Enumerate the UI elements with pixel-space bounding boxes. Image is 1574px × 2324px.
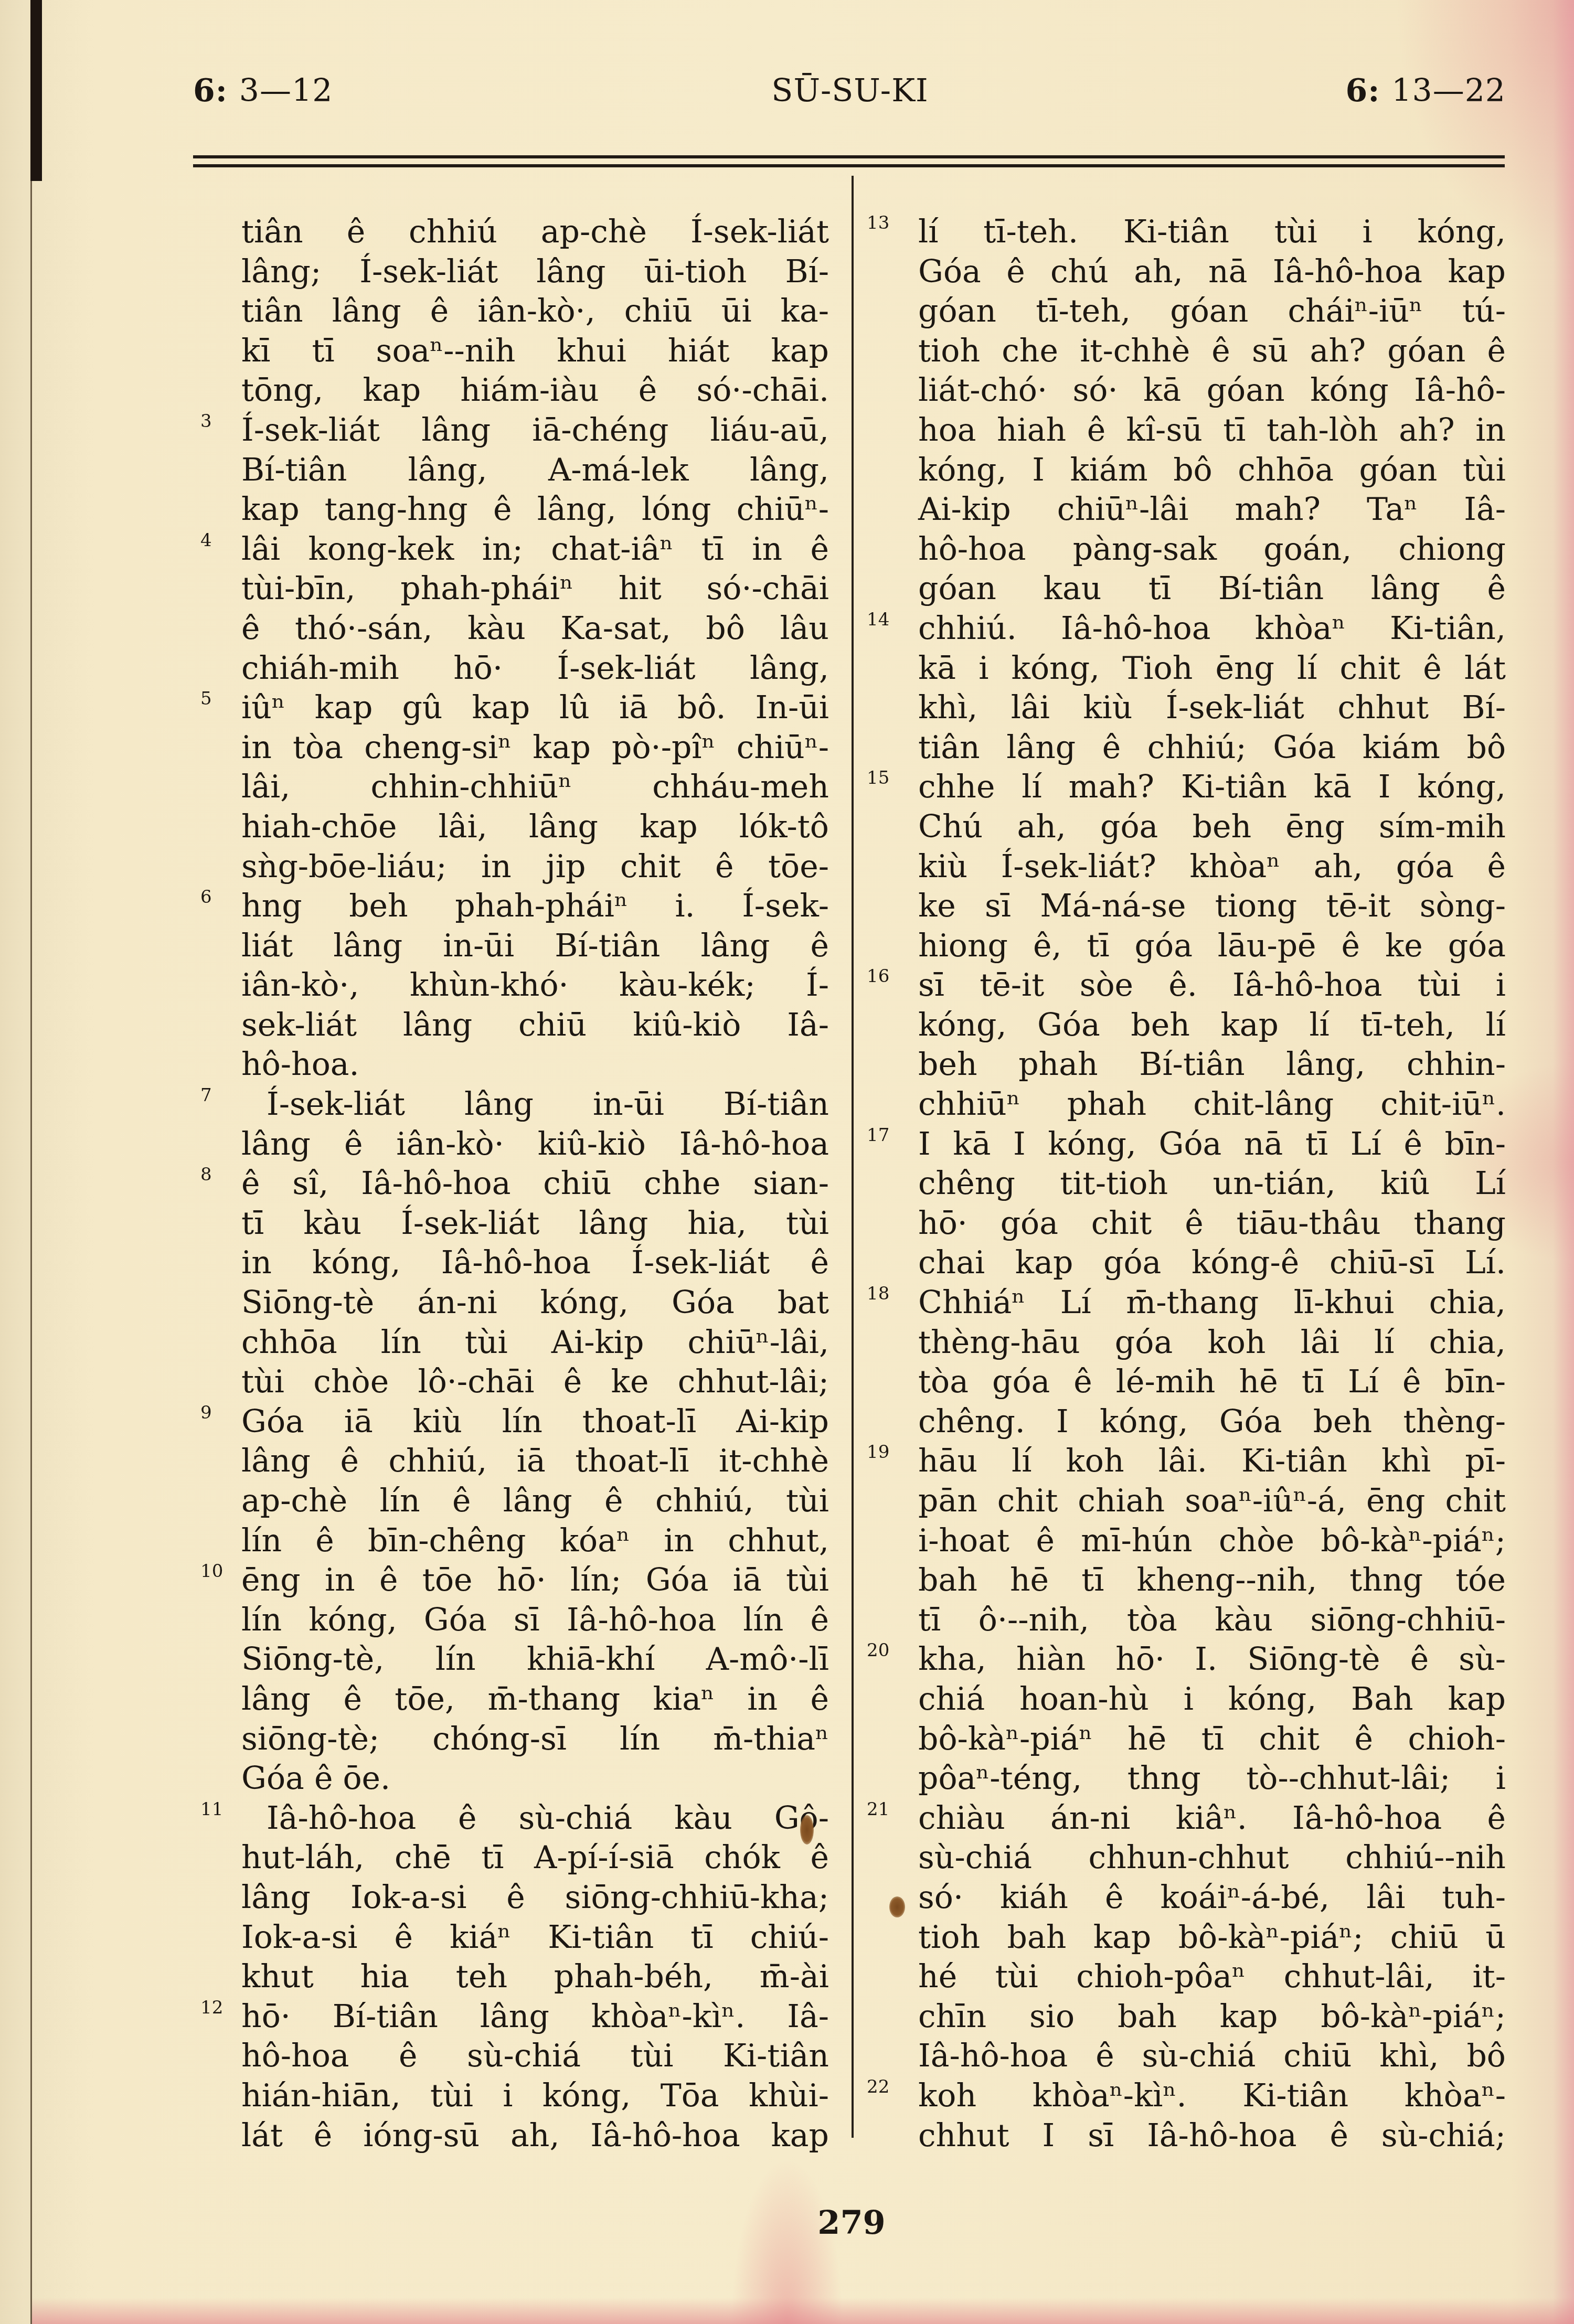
text-line: sù-chiá chhun-chhut chhiú--nih <box>918 1838 1506 1878</box>
line-text: Iâ-hô-hoa ê sù-chiá chiū khì, bô <box>918 2037 1506 2076</box>
line-text: sek-liát lâng chiū kiû-kiò Iâ- <box>241 1006 829 1046</box>
text-line: hô-hoa pàng-sak goán, chiong <box>918 530 1506 570</box>
line-text: hé tùi chioh-pôaⁿ chhut-lâi, it- <box>918 1957 1506 1997</box>
text-line: Siōng-tè án-ni kóng, Góa bat <box>241 1283 829 1323</box>
text-line: tùi chòe lô·-chāi ê ke chhut-lâi; <box>241 1362 829 1402</box>
text-line: bah hē tī kheng--nih, thng tóe <box>918 1561 1506 1601</box>
column-divider <box>852 176 854 2138</box>
text-line: 15chhe lí mah? Ki-tiân kā I kóng, <box>918 767 1506 807</box>
line-text: kā i kóng, Tioh ēng lí chit ê lát <box>918 649 1506 689</box>
line-text: Í-sek-liát lâng iā-chéng liáu-aū, <box>241 411 829 451</box>
text-line: lín ê bīn-chêng kóaⁿ in chhut, <box>241 1521 829 1561</box>
text-line: beh phah Bí-tiân lâng, chhin- <box>918 1045 1506 1085</box>
line-text: lâng Iok-a-si ê siōng-chhiū-kha; <box>241 1878 829 1918</box>
text-line: siōng-tè; chóng-sī lín m̄-thiaⁿ <box>241 1720 829 1760</box>
line-text: Bí-tiân lâng, A-má-lek lâng, <box>241 451 829 491</box>
line-text: chêng. I kóng, Góa beh thèng- <box>918 1402 1506 1442</box>
line-text: lâng ê tōe, m̄-thang kiaⁿ in ê <box>241 1680 829 1720</box>
verse-number: 14 <box>867 604 889 635</box>
text-line: hé tùi chioh-pôaⁿ chhut-lâi, it- <box>918 1957 1506 1997</box>
text-line: chhōa lín tùi Ai-kip chiūⁿ-lâi, <box>241 1323 829 1363</box>
paper-stain <box>889 1896 905 1917</box>
line-text: tioh che it-chhè ê sū ah? góan ê <box>918 332 1506 371</box>
right-column: 13lí tī-teh. Ki-tiân tùi i kóng,Góa ê ch… <box>918 212 1506 2156</box>
verse-number: 5 <box>200 683 212 715</box>
text-line: 14chhiú. Iâ-hô-hoa khòaⁿ Ki-tiân, <box>918 609 1506 649</box>
text-line: khì, lâi kiù Í-sek-liát chhut Bí- <box>918 688 1506 728</box>
text-line: pān chit chiah soaⁿ-iûⁿ-á, ēng chit <box>918 1481 1506 1521</box>
text-line: 22koh khòaⁿ-kìⁿ. Ki-tiân khòaⁿ- <box>918 2076 1506 2116</box>
text-line: in tòa cheng-siⁿ kap pò·-pîⁿ chiūⁿ- <box>241 728 829 768</box>
text-line: ke sī Má-ná-se tiong tē-it sòng- <box>918 887 1506 926</box>
line-text: lâng ê iân-kò· kiû-kiò Iâ-hô-hoa <box>241 1125 829 1165</box>
line-text: hāu lí koh lâi. Ki-tiân khì pī- <box>918 1442 1506 1481</box>
running-head-right-range: 13—22 <box>1391 72 1506 109</box>
text-line: 11Iâ-hô-hoa ê sù-chiá kàu Gô- <box>241 1799 829 1839</box>
line-text: tùi-bīn, phah-pháiⁿ hit só·-chāi <box>241 569 829 609</box>
line-text: tioh bah kap bô-kàⁿ-piáⁿ; chiū ū <box>918 1918 1506 1958</box>
line-text: góan tī-teh, góan cháiⁿ-iūⁿ tú- <box>918 292 1506 332</box>
text-line: Bí-tiân lâng, A-má-lek lâng, <box>241 451 829 491</box>
line-text: hiah-chōe lâi, lâng kap lók-tô <box>241 807 829 847</box>
text-line: chhiūⁿ phah chit-lâng chit-iūⁿ. <box>918 1085 1506 1125</box>
line-text: kóng, I kiám bô chhōa góan tùi <box>918 451 1506 491</box>
verse-number: 3 <box>200 406 212 437</box>
line-text: kha, hiàn hō· I. Siōng-tè ê sù- <box>918 1640 1506 1680</box>
text-line: lâng ê chhiú, iā thoat-lī it-chhè <box>241 1442 829 1481</box>
text-line: 10ēng in ê tōe hō· lín; Góa iā tùi <box>241 1561 829 1601</box>
line-text: pān chit chiah soaⁿ-iûⁿ-á, ēng chit <box>918 1481 1506 1521</box>
line-text: I kā I kóng, Góa nā tī Lí ê bīn- <box>918 1125 1506 1165</box>
text-line: 20kha, hiàn hō· I. Siōng-tè ê sù- <box>918 1640 1506 1680</box>
verse-number: 21 <box>867 1794 889 1825</box>
text-line: 7Í-sek-liát lâng in-ūi Bí-tiân <box>241 1085 829 1125</box>
line-text: kóng, Góa beh kap lí tī-teh, lí <box>918 1006 1506 1046</box>
line-text: hô-hoa. <box>241 1045 829 1085</box>
line-text: lín ê bīn-chêng kóaⁿ in chhut, <box>241 1521 829 1561</box>
line-text: Góa ê ōe. <box>241 1759 829 1799</box>
line-text: Chú ah, góa beh ēng sím-mih <box>918 807 1506 847</box>
line-text: Góa ê chú ah, nā Iâ-hô-hoa kap <box>918 252 1506 292</box>
text-line: tiân ê chhiú ap-chè Í-sek-liát <box>241 212 829 252</box>
text-line: kiù Í-sek-liát? khòaⁿ ah, góa ê <box>918 847 1506 887</box>
verse-number: 17 <box>867 1120 889 1151</box>
line-text: lâi kong-kek in; chat-iâⁿ tī in ê <box>241 530 829 570</box>
text-line: 18Chhiáⁿ Lí m̄-thang lī-khui chia, <box>918 1283 1506 1323</box>
text-line: Góa ê chú ah, nā Iâ-hô-hoa kap <box>918 252 1506 292</box>
verse-number: 6 <box>200 881 212 913</box>
verse-number: 15 <box>867 762 889 794</box>
text-line: tioh che it-chhè ê sū ah? góan ê <box>918 332 1506 371</box>
line-text: iûⁿ kap gû kap lû iā bô. In-ūi <box>241 688 829 728</box>
line-text: Iâ-hô-hoa ê sù-chiá kàu Gô- <box>267 1799 829 1839</box>
line-text: tòa góa ê lé-mih hē tī Lí ê bīn- <box>918 1362 1506 1402</box>
line-text: chhōa lín tùi Ai-kip chiūⁿ-lâi, <box>241 1323 829 1363</box>
line-text: góan kau tī Bí-tiân lâng ê <box>918 569 1506 609</box>
verse-number: 18 <box>867 1278 889 1309</box>
text-line: hô-hoa ê sù-chiá tùi Ki-tiân <box>241 2037 829 2076</box>
text-line: tiân lâng ê chhiú; Góa kiám bô <box>918 728 1506 768</box>
text-line: 19hāu lí koh lâi. Ki-tiân khì pī- <box>918 1442 1506 1481</box>
text-line: chiá hoan-hù i kóng, Bah kap <box>918 1680 1506 1720</box>
text-line: tòa góa ê lé-mih hē tī Lí ê bīn- <box>918 1362 1506 1402</box>
text-line: hut-láh, chē tī A-pí-í-siā chók ê <box>241 1838 829 1878</box>
text-line: chīn sio bah kap bô-kàⁿ-piáⁿ; <box>918 1997 1506 2037</box>
line-text: ê thó·-sán, kàu Ka-sat, bô lâu <box>241 609 829 649</box>
text-line: góan kau tī Bí-tiân lâng ê <box>918 569 1506 609</box>
verse-number: 7 <box>200 1080 212 1111</box>
running-head-title: SŪ-SU-KI <box>756 67 944 114</box>
line-text: só· kiáh ê koáiⁿ-á-bé, lâi tuh- <box>918 1878 1506 1918</box>
line-text: chiàu án-ni kiâⁿ. Iâ-hô-hoa ê <box>918 1799 1506 1839</box>
text-line: lâng; Í-sek-liát lâng ūi-tioh Bí- <box>241 252 829 292</box>
line-text: lín kóng, Góa sī Iâ-hô-hoa lín ê <box>241 1601 829 1640</box>
text-line: lâng ê iân-kò· kiû-kiò Iâ-hô-hoa <box>241 1125 829 1165</box>
line-text: lâng; Í-sek-liát lâng ūi-tioh Bí- <box>241 252 829 292</box>
line-text: hô-hoa ê sù-chiá tùi Ki-tiân <box>241 2037 829 2076</box>
line-text: sù-chiá chhun-chhut chhiú--nih <box>918 1838 1506 1878</box>
text-line: hô-hoa. <box>241 1045 829 1085</box>
text-line: 9Góa iā kiù lín thoat-lī Ai-kip <box>241 1402 829 1442</box>
text-line: tī kàu Í-sek-liát lâng hia, tùi <box>241 1204 829 1244</box>
line-text: lâi, chhin-chhiūⁿ chháu-meh <box>241 767 829 807</box>
text-line: lát ê ióng-sū ah, Iâ-hô-hoa kap <box>241 2116 829 2156</box>
line-text: hng beh phah-pháiⁿ i. Í-sek- <box>241 887 829 926</box>
text-line: góan tī-teh, góan cháiⁿ-iūⁿ tú- <box>918 292 1506 332</box>
page-number: 279 <box>817 2203 886 2242</box>
line-text: Siōng-tè án-ni kóng, Góa bat <box>241 1283 829 1323</box>
text-line: hiong ê, tī góa lāu-pē ê ke góa <box>918 926 1506 966</box>
verse-number: 9 <box>200 1397 212 1428</box>
text-line: chêng. I kóng, Góa beh thèng- <box>918 1402 1506 1442</box>
text-line: Góa ê ōe. <box>241 1759 829 1799</box>
line-text: bô-kàⁿ-piáⁿ hē tī chit ê chioh- <box>918 1720 1506 1760</box>
line-text: hō· góa chit ê tiāu-thâu thang <box>918 1204 1506 1244</box>
paper-stain <box>800 1815 814 1845</box>
text-line: khut hia teh phah-béh, m̄-ài <box>241 1957 829 1997</box>
line-text: hô-hoa pàng-sak goán, chiong <box>918 530 1506 570</box>
line-text: Í-sek-liát lâng in-ūi Bí-tiân <box>267 1085 829 1125</box>
line-text: thèng-hāu góa koh lâi lí chia, <box>918 1323 1506 1363</box>
line-text: sǹg-bōe-liáu; in jip chit ê tōe- <box>241 847 829 887</box>
text-line: ap-chè lín ê lâng ê chhiú, tùi <box>241 1481 829 1521</box>
book-binding <box>30 0 42 181</box>
line-text: bah hē tī kheng--nih, thng tóe <box>918 1561 1506 1601</box>
line-text: chai kap góa kóng-ê chiū-sī Lí. <box>918 1243 1506 1283</box>
text-line: Iok-a-si ê kiáⁿ Ki-tiân tī chiú- <box>241 1918 829 1958</box>
page-edge-stain-right <box>1553 0 1574 2324</box>
line-text: in kóng, Iâ-hô-hoa Í-sek-liát ê <box>241 1243 829 1283</box>
line-text: tī ô·--nih, tòa kàu siōng-chhiū- <box>918 1601 1506 1640</box>
text-line: hián-hiān, tùi i kóng, Tōa khùi- <box>241 2076 829 2116</box>
line-text: in tòa cheng-siⁿ kap pò·-pîⁿ chiūⁿ- <box>241 728 829 768</box>
text-line: 16sī tē-it sòe ê. Iâ-hô-hoa tùi i <box>918 966 1506 1006</box>
line-text: ap-chè lín ê lâng ê chhiú, tùi <box>241 1481 829 1521</box>
line-text: Chhiáⁿ Lí m̄-thang lī-khui chia, <box>918 1283 1506 1323</box>
line-text: chiáh-mih hō· Í-sek-liát lâng, <box>241 649 829 689</box>
text-line: kóng, I kiám bô chhōa góan tùi <box>918 451 1506 491</box>
text-line: 21chiàu án-ni kiâⁿ. Iâ-hô-hoa ê <box>918 1799 1506 1839</box>
line-text: liát lâng in-ūi Bí-tiân lâng ê <box>241 926 829 966</box>
line-text: ke sī Má-ná-se tiong tē-it sòng- <box>918 887 1506 926</box>
text-line: kóng, Góa beh kap lí tī-teh, lí <box>918 1006 1506 1046</box>
line-text: lâng ê chhiú, iā thoat-lī it-chhè <box>241 1442 829 1481</box>
line-text: hián-hiān, tùi i kóng, Tōa khùi- <box>241 2076 829 2116</box>
text-line: tùi-bīn, phah-pháiⁿ hit só·-chāi <box>241 569 829 609</box>
text-line: tī ô·--nih, tòa kàu siōng-chhiū- <box>918 1601 1506 1640</box>
line-text: sī tē-it sòe ê. Iâ-hô-hoa tùi i <box>918 966 1506 1006</box>
line-text: tōng, kap hiám-iàu ê só·-chāi. <box>241 371 829 411</box>
running-head-left-chapter: 6: <box>193 72 228 109</box>
text-line: bô-kàⁿ-piáⁿ hē tī chit ê chioh- <box>918 1720 1506 1760</box>
text-line: tioh bah kap bô-kàⁿ-piáⁿ; chiū ū <box>918 1918 1506 1958</box>
line-text: chhiūⁿ phah chit-lâng chit-iūⁿ. <box>918 1085 1506 1125</box>
verse-number: 4 <box>200 525 212 556</box>
running-head-right-chapter: 6: <box>1346 72 1380 109</box>
line-text: chhut I sī Iâ-hô-hoa ê sù-chiá; <box>918 2116 1506 2156</box>
running-head-left-range: 3—12 <box>239 72 333 109</box>
line-text: chiá hoan-hù i kóng, Bah kap <box>918 1680 1506 1720</box>
line-text: tiân lâng ê iân-kò·, chiū ūi ka- <box>241 292 829 332</box>
text-line: 5iûⁿ kap gû kap lû iā bô. In-ūi <box>241 688 829 728</box>
line-text: hō· Bí-tiân lâng khòaⁿ-kìⁿ. Iâ- <box>241 1997 829 2037</box>
text-line: Siōng-tè, lín khiā-khí A-mô·-lī <box>241 1640 829 1680</box>
text-line: lín kóng, Góa sī Iâ-hô-hoa lín ê <box>241 1601 829 1640</box>
text-line: liát lâng in-ūi Bí-tiân lâng ê <box>241 926 829 966</box>
line-text: ēng in ê tōe hō· lín; Góa iā tùi <box>241 1561 829 1601</box>
line-text: koh khòaⁿ-kìⁿ. Ki-tiân khòaⁿ- <box>918 2076 1506 2116</box>
text-line: i-hoat ê mī-hún chòe bô-kàⁿ-piáⁿ; <box>918 1521 1506 1561</box>
line-text: hut-láh, chē tī A-pí-í-siā chók ê <box>241 1838 829 1878</box>
line-text: kī tī soaⁿ--nih khui hiát kap <box>241 332 829 371</box>
line-text: iân-kò·, khùn-khó· kàu-kék; Í- <box>241 966 829 1006</box>
text-line: 3Í-sek-liát lâng iā-chéng liáu-aū, <box>241 411 829 451</box>
line-text: pôaⁿ-téng, thng tò--chhut-lâi; i <box>918 1759 1506 1799</box>
line-text: kap tang-hng ê lâng, lóng chiūⁿ- <box>241 490 829 530</box>
verse-number: 13 <box>867 207 889 239</box>
line-text: kiù Í-sek-liát? khòaⁿ ah, góa ê <box>918 847 1506 887</box>
text-line: liát-chó· só· kā góan kóng Iâ-hô- <box>918 371 1506 411</box>
text-line: pôaⁿ-téng, thng tò--chhut-lâi; i <box>918 1759 1506 1799</box>
text-line: Iâ-hô-hoa ê sù-chiá chiū khì, bô <box>918 2037 1506 2076</box>
line-text: chīn sio bah kap bô-kàⁿ-piáⁿ; <box>918 1997 1506 2037</box>
text-line: chiáh-mih hō· Í-sek-liát lâng, <box>241 649 829 689</box>
verse-number: 22 <box>867 2071 889 2103</box>
line-text: i-hoat ê mī-hún chòe bô-kàⁿ-piáⁿ; <box>918 1521 1506 1561</box>
text-line: hō· góa chit ê tiāu-thâu thang <box>918 1204 1506 1244</box>
text-line: thèng-hāu góa koh lâi lí chia, <box>918 1323 1506 1363</box>
text-line: chêng tit-tioh un-tián, kiû Lí <box>918 1164 1506 1204</box>
text-line: hiah-chōe lâi, lâng kap lók-tô <box>241 807 829 847</box>
text-line: hoa hiah ê kî-sū tī tah-lòh ah? in <box>918 411 1506 451</box>
line-text: chhiú. Iâ-hô-hoa khòaⁿ Ki-tiân, <box>918 609 1506 649</box>
running-head-right: 6: 13—22 <box>1346 67 1506 114</box>
line-text: chhe lí mah? Ki-tiân kā I kóng, <box>918 767 1506 807</box>
line-text: tiân ê chhiú ap-chè Í-sek-liát <box>241 212 829 252</box>
line-text: khut hia teh phah-béh, m̄-ài <box>241 1957 829 1997</box>
line-text: chêng tit-tioh un-tián, kiû Lí <box>918 1164 1506 1204</box>
line-text: tiân lâng ê chhiú; Góa kiám bô <box>918 728 1506 768</box>
line-text: tī kàu Í-sek-liát lâng hia, tùi <box>241 1204 829 1244</box>
line-text: hoa hiah ê kî-sū tī tah-lòh ah? in <box>918 411 1506 451</box>
line-text: khì, lâi kiù Í-sek-liát chhut Bí- <box>918 688 1506 728</box>
text-line: 6hng beh phah-pháiⁿ i. Í-sek- <box>241 887 829 926</box>
text-line: lâng Iok-a-si ê siōng-chhiū-kha; <box>241 1878 829 1918</box>
text-line: 12hō· Bí-tiân lâng khòaⁿ-kìⁿ. Iâ- <box>241 1997 829 2037</box>
line-text: hiong ê, tī góa lāu-pē ê ke góa <box>918 926 1506 966</box>
running-head-left: 6: 3—12 <box>193 67 333 114</box>
text-line: só· kiáh ê koáiⁿ-á-bé, lâi tuh- <box>918 1878 1506 1918</box>
book-gutter <box>0 0 32 2324</box>
text-line: kā i kóng, Tioh ēng lí chit ê lát <box>918 649 1506 689</box>
text-line: Ai-kip chiūⁿ-lâi mah? Taⁿ Iâ- <box>918 490 1506 530</box>
text-line: ê thó·-sán, kàu Ka-sat, bô lâu <box>241 609 829 649</box>
verse-number: 20 <box>867 1635 889 1666</box>
text-line: chhut I sī Iâ-hô-hoa ê sù-chiá; <box>918 2116 1506 2156</box>
verse-number: 11 <box>200 1794 223 1825</box>
page-edge-stain-bottom <box>0 2298 1574 2324</box>
line-text: lí tī-teh. Ki-tiân tùi i kóng, <box>918 212 1506 252</box>
line-text: siōng-tè; chóng-sī lín m̄-thiaⁿ <box>241 1720 829 1760</box>
text-line: kap tang-hng ê lâng, lóng chiūⁿ- <box>241 490 829 530</box>
text-line: 4lâi kong-kek in; chat-iâⁿ tī in ê <box>241 530 829 570</box>
text-line: lâng ê tōe, m̄-thang kiaⁿ in ê <box>241 1680 829 1720</box>
line-text: tùi chòe lô·-chāi ê ke chhut-lâi; <box>241 1362 829 1402</box>
verse-number: 16 <box>867 961 889 992</box>
text-line: sǹg-bōe-liáu; in jip chit ê tōe- <box>241 847 829 887</box>
header-rule-top <box>193 155 1505 158</box>
verse-number: 10 <box>200 1555 223 1587</box>
text-line: 17I kā I kóng, Góa nā tī Lí ê bīn- <box>918 1125 1506 1165</box>
text-line: tiân lâng ê iân-kò·, chiū ūi ka- <box>241 292 829 332</box>
line-text: liát-chó· só· kā góan kóng Iâ-hô- <box>918 371 1506 411</box>
text-line: chai kap góa kóng-ê chiū-sī Lí. <box>918 1243 1506 1283</box>
text-line: Chú ah, góa beh ēng sím-mih <box>918 807 1506 847</box>
text-line: in kóng, Iâ-hô-hoa Í-sek-liát ê <box>241 1243 829 1283</box>
left-column: tiân ê chhiú ap-chè Í-sek-liátlâng; Í-se… <box>241 212 829 2156</box>
text-line: iân-kò·, khùn-khó· kàu-kék; Í- <box>241 966 829 1006</box>
verse-number: 19 <box>867 1436 889 1468</box>
line-text: Iok-a-si ê kiáⁿ Ki-tiân tī chiú- <box>241 1918 829 1958</box>
line-text: beh phah Bí-tiân lâng, chhin- <box>918 1045 1506 1085</box>
verse-number: 8 <box>200 1159 212 1190</box>
line-text: ê sî, Iâ-hô-hoa chiū chhe sian- <box>241 1164 829 1204</box>
line-text: Góa iā kiù lín thoat-lī Ai-kip <box>241 1402 829 1442</box>
text-line: 13lí tī-teh. Ki-tiân tùi i kóng, <box>918 212 1506 252</box>
line-text: lát ê ióng-sū ah, Iâ-hô-hoa kap <box>241 2116 829 2156</box>
text-line: tōng, kap hiám-iàu ê só·-chāi. <box>241 371 829 411</box>
line-text: Siōng-tè, lín khiā-khí A-mô·-lī <box>241 1640 829 1680</box>
text-line: kī tī soaⁿ--nih khui hiát kap <box>241 332 829 371</box>
line-text: Ai-kip chiūⁿ-lâi mah? Taⁿ Iâ- <box>918 490 1506 530</box>
text-line: sek-liát lâng chiū kiû-kiò Iâ- <box>241 1006 829 1046</box>
text-line: 8ê sî, Iâ-hô-hoa chiū chhe sian- <box>241 1164 829 1204</box>
verse-number: 12 <box>200 1992 223 2023</box>
text-line: lâi, chhin-chhiūⁿ chháu-meh <box>241 767 829 807</box>
header-rule-bottom <box>193 164 1505 167</box>
